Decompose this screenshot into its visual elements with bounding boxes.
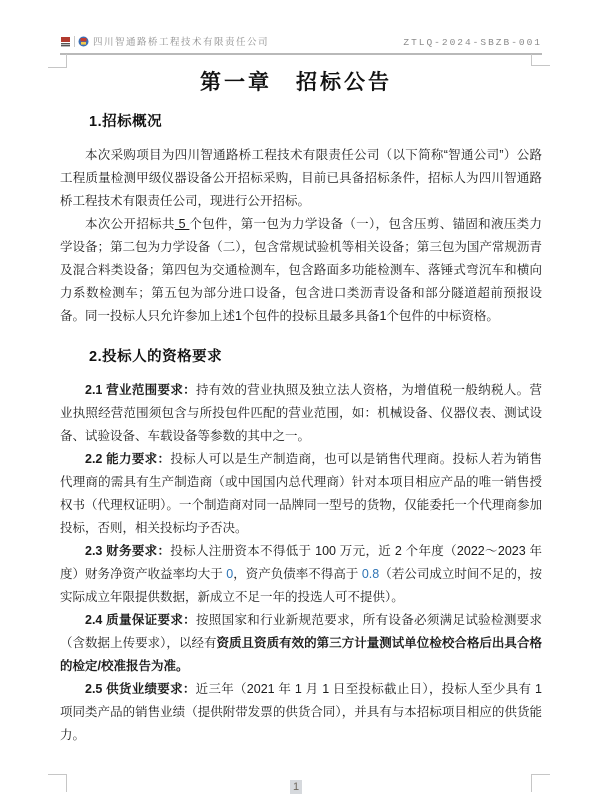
document-page: { "page": { "header": { "company_name": … bbox=[0, 0, 592, 800]
text-run: ，资产负债率不得高于 bbox=[233, 567, 362, 581]
text-run: 2.3 财务要求： bbox=[85, 544, 170, 558]
header-company-name: 四川智通路桥工程技术有限责任公司 bbox=[93, 34, 269, 48]
text-run: 5 bbox=[175, 217, 190, 231]
header-left: 四川智通路桥工程技术有限责任公司 bbox=[60, 34, 269, 48]
text-boundary-mark-top-right bbox=[531, 54, 550, 66]
paragraph: 本次采购项目为四川智通路桥工程技术有限责任公司（以下简称“智通公司”）公路工程质… bbox=[60, 144, 542, 213]
logo-group bbox=[60, 36, 89, 47]
page-number-field: 1 bbox=[290, 780, 302, 794]
text-run: 本次公开招标共 bbox=[85, 217, 175, 231]
chapter-title: 第一章 招标公告 bbox=[0, 66, 592, 96]
paragraph: 2.1 营业范围要求：持有效的营业执照及独立法人资格，为增值税一般纳税人。营业执… bbox=[60, 379, 542, 448]
text-run: 2.5 供货业绩要求： bbox=[85, 682, 196, 696]
paragraph: 2.3 财务要求：投标人注册资本不得低于 100 万元，近 2 个年度（2022… bbox=[60, 540, 542, 609]
page-header: 四川智通路桥工程技术有限责任公司 ZTLQ-2024-SBZB-001 bbox=[60, 34, 542, 55]
company-emblem-icon bbox=[78, 36, 89, 47]
section-heading-2: 2.投标人的资格要求 bbox=[60, 345, 542, 366]
company-logo-icon bbox=[60, 36, 71, 47]
text-run: 0.8 bbox=[362, 567, 379, 581]
logo-separator bbox=[74, 36, 75, 47]
text-run: 2.4 质量保证要求： bbox=[85, 613, 196, 627]
text-run: 2.1 营业范围要求： bbox=[85, 383, 196, 397]
document-body: 1.招标概况 本次采购项目为四川智通路桥工程技术有限责任公司（以下简称“智通公司… bbox=[60, 110, 542, 747]
paragraph: 2.4 质量保证要求：按照国家和行业新规范要求，所有设备必须满足试验检测要求（含… bbox=[60, 609, 542, 678]
paragraph: 2.2 能力要求：投标人可以是生产制造商，也可以是销售代理商。投标人若为销售代理… bbox=[60, 448, 542, 540]
text-run: 本次采购项目为四川智通路桥工程技术有限责任公司（以下简称“智通公司”）公路工程质… bbox=[60, 148, 542, 208]
paragraph: 本次公开招标共 5 个包件，第一包为力学设备（一），包含压剪、锚固和液压类力学设… bbox=[60, 213, 542, 328]
text-run: 2.2 能力要求： bbox=[85, 452, 170, 466]
paragraph: 2.5 供货业绩要求：近三年（2021 年 1 月 1 日至投标截止日），投标人… bbox=[60, 678, 542, 747]
header-doc-number: ZTLQ-2024-SBZB-001 bbox=[403, 37, 542, 48]
page-footer: 1 bbox=[0, 777, 592, 795]
text-run: 个包件，第一包为力学设备（一），包含压剪、锚固和液压类力学设备；第二包为力学设备… bbox=[60, 217, 542, 323]
section-heading-1: 1.招标概况 bbox=[60, 110, 542, 131]
